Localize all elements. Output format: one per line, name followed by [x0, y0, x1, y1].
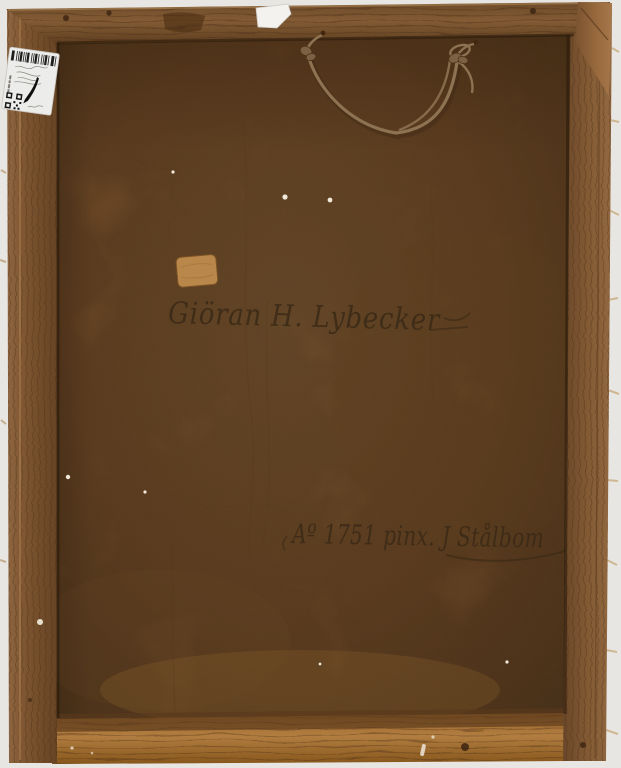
inscription-signature: Aº 1751 pinx. J Stålbom [290, 518, 545, 554]
top-bar-stain [163, 12, 205, 32]
canvas-back [30, 30, 610, 730]
canvas-patch [176, 254, 218, 287]
barcode-sticker [1, 47, 59, 115]
painting-verso-graphic: Giöran H. Lybecker Aº 1751 pinx. J Stålb… [0, 0, 621, 768]
photo-of-painting-verso: Giöran H. Lybecker Aº 1751 pinx. J Stålb… [0, 0, 621, 768]
stretcher-bar-left [7, 9, 57, 763]
stretcher-bar-right [563, 3, 613, 761]
inscription-name: Giöran H. Lybecker [168, 296, 441, 338]
stretcher-bar-bottom [50, 708, 588, 768]
